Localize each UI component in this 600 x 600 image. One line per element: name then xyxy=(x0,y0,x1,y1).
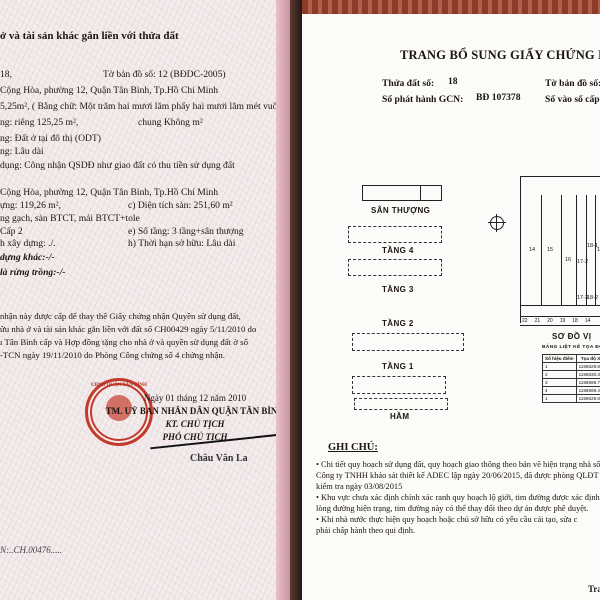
table-cell: 1196598.75 xyxy=(576,379,600,387)
planted-forest-line: là rừng trồng:-/- xyxy=(0,267,65,279)
page-binding xyxy=(276,0,290,600)
table-cell: 1196629.89 xyxy=(576,395,600,403)
lot-line xyxy=(561,195,562,305)
col-header: Số hiệu điểm xyxy=(543,355,577,363)
rooftop-stair xyxy=(420,185,442,201)
area-line: 5,25m², ( Bằng chữ: Một trăm hai mươi lă… xyxy=(0,101,286,113)
floor-label-rooftop: SÂN THƯỢNG xyxy=(371,206,430,215)
issue-number-label: Số phát hành GCN: xyxy=(382,94,463,105)
floor-plan-4 xyxy=(348,226,442,243)
replacement-note-4: -TCN ngày 19/11/2010 do Phòng Công chứng… xyxy=(0,349,225,361)
location-map-label: SƠ ĐỒ VỊ xyxy=(552,332,591,341)
signer-title-1: KT. CHỦ TỊCH xyxy=(105,418,285,431)
lot-label: 14 xyxy=(529,247,535,253)
floor-label-basement: HẦM xyxy=(390,412,409,421)
lot-label: 16 xyxy=(565,257,571,263)
section-heading: ở và tài sản khác gắn liền với thửa đất xyxy=(0,30,179,42)
road-line xyxy=(521,305,600,306)
table-row: 41196598.43598440.1 xyxy=(543,387,600,395)
other-construction-line: dựng khác:-/- xyxy=(0,252,55,264)
parcel-value: 18 xyxy=(448,76,458,87)
table-row: 31196598.75598436.0 xyxy=(543,379,600,387)
coord-table-title: BẢNG LIỆT KÊ TỌA ĐỘ GÓC xyxy=(542,345,600,350)
table-cell: 3 xyxy=(543,379,577,387)
floor-label-1: TẦNG 1 xyxy=(382,362,414,371)
table-cell: 2 xyxy=(543,371,577,379)
note-line: kiểm tra ngày 03/08/2015 xyxy=(316,482,402,493)
certificate-left-page: ở và tài sản khác gắn liền với thửa đất … xyxy=(0,0,286,600)
land-purpose-line: ng: Đất ở tại đô thị (ODT) xyxy=(0,133,101,145)
certificate-entry-number: N:..CH.00476..... xyxy=(0,545,62,555)
replacement-note-1: nhận này được cấp để thay thế Giấy chứng… xyxy=(0,310,241,322)
lot-line xyxy=(595,195,596,305)
table-cell: 1196629.89 xyxy=(576,363,600,371)
compass-icon xyxy=(490,216,504,230)
parcel-line: 18,Tờ bản đồ số: 12 (BĐDC-2005) xyxy=(0,69,12,81)
signer-name: Châu Văn La xyxy=(190,453,248,464)
construction-year-line: h xây dựng: ./.h) Thời hạn sở hữu: Lâu d… xyxy=(0,238,56,250)
issue-date: Ngày 01 tháng 12 năm 2010 xyxy=(105,392,285,405)
certificate-supplement-page: TRANG BỔ SUNG GIẤY CHỨNG NHẬN Thửa đất s… xyxy=(302,14,600,600)
lot-line xyxy=(541,195,542,305)
replacement-note-2: ữu nhà ở và tài sản khác gắn liền với đấ… xyxy=(0,323,256,335)
lot-label: 18-2 xyxy=(587,295,598,301)
lot-line xyxy=(576,195,577,305)
house-address-line: Cộng Hòa, phường 12, Quận Tân Bình, Tp.H… xyxy=(0,187,218,199)
register-label: Số vào sổ cấp xyxy=(545,94,600,105)
page-title: TRANG BỔ SUNG GIẤY CHỨNG NHẬN xyxy=(400,48,600,63)
note-line: lòng đường hiện trạng, tim đường này có … xyxy=(316,504,588,515)
floor-plan-2 xyxy=(352,333,464,351)
usage-form-line: ng: riêng 125,25 m²,chung Không m² xyxy=(0,117,78,129)
table-row: 21196630.30598439.1 xyxy=(543,371,600,379)
table-cell: 1196630.30 xyxy=(576,371,600,379)
page-footer: Tra xyxy=(588,584,600,594)
frontage-lots: 222120191814 xyxy=(520,316,600,326)
note-line: • Khu vực chưa xác định chính xác ranh q… xyxy=(316,493,600,504)
floor-plan-1 xyxy=(352,376,446,394)
note-line: Công ty TNHH khảo sát thiết kế ADEC lập … xyxy=(316,471,600,482)
floor-label-2: TẦNG 2 xyxy=(382,319,414,328)
usage-origin-line: dụng: Công nhận QSDĐ như giao đất có thu… xyxy=(0,160,235,172)
issuer-name: TM. UỶ BAN NHÂN DÂN QUẬN TÂN BÌNH xyxy=(105,405,285,418)
structure-line: ng gạch, sàn BTCT, mái BTCT+tole xyxy=(0,213,140,225)
table-cell: 1 xyxy=(543,395,577,403)
note-line: • Khi nhà nước thực hiện quy hoạch hoặc … xyxy=(316,515,577,526)
notes-title: GHI CHÚ: xyxy=(328,442,378,453)
location-map: 14 15 16 17-2 18-1 17-3 18-2 1 xyxy=(520,176,600,323)
map-sheet-label: Tờ bản đồ số: xyxy=(545,78,600,89)
floor-plan-basement xyxy=(354,398,448,410)
floor-label-3: TẦNG 3 xyxy=(382,285,414,294)
lot-label: 15 xyxy=(547,247,553,253)
table-row: 11196629.89598443.0 xyxy=(543,363,600,371)
floor-label-4: TẦNG 4 xyxy=(382,246,414,255)
usage-term-line: ng: Lâu dài xyxy=(0,146,44,158)
replacement-note-3: ı Tân Bình cấp và Hợp đồng tặng cho nhà … xyxy=(0,336,248,348)
table-cell: 1 xyxy=(543,363,577,371)
grade-line: Cấp 2e) Số tầng: 3 tầng+sân thượng xyxy=(0,226,23,238)
col-header: Tọa độ X xyxy=(576,355,600,363)
coordinate-table: Số hiệu điểm Tọa độ X Y 11196629.8959844… xyxy=(542,354,600,403)
parcel-label: Thửa đất số: xyxy=(382,78,434,89)
lot-line xyxy=(586,195,587,305)
lot-label: 17-2 xyxy=(577,259,588,265)
issue-number-value: BĐ 107378 xyxy=(476,92,521,103)
address-line: Cộng Hòa, phường 12, Quận Tân Bình, Tp.H… xyxy=(0,85,218,97)
construction-area-line: ựng: 119,26 m²,c) Diện tích sàn: 251,60 … xyxy=(0,200,61,212)
floor-plan-3 xyxy=(348,259,442,276)
table-row: 11196629.89598443.0 xyxy=(543,395,600,403)
note-line: phải chấp hành theo qui định. xyxy=(316,526,415,537)
book-gutter xyxy=(290,0,302,600)
table-cell: 1196598.43 xyxy=(576,387,600,395)
note-line: • Chi tiết quy hoạch sử dụng đất, quy ho… xyxy=(316,460,600,471)
table-cell: 4 xyxy=(543,387,577,395)
